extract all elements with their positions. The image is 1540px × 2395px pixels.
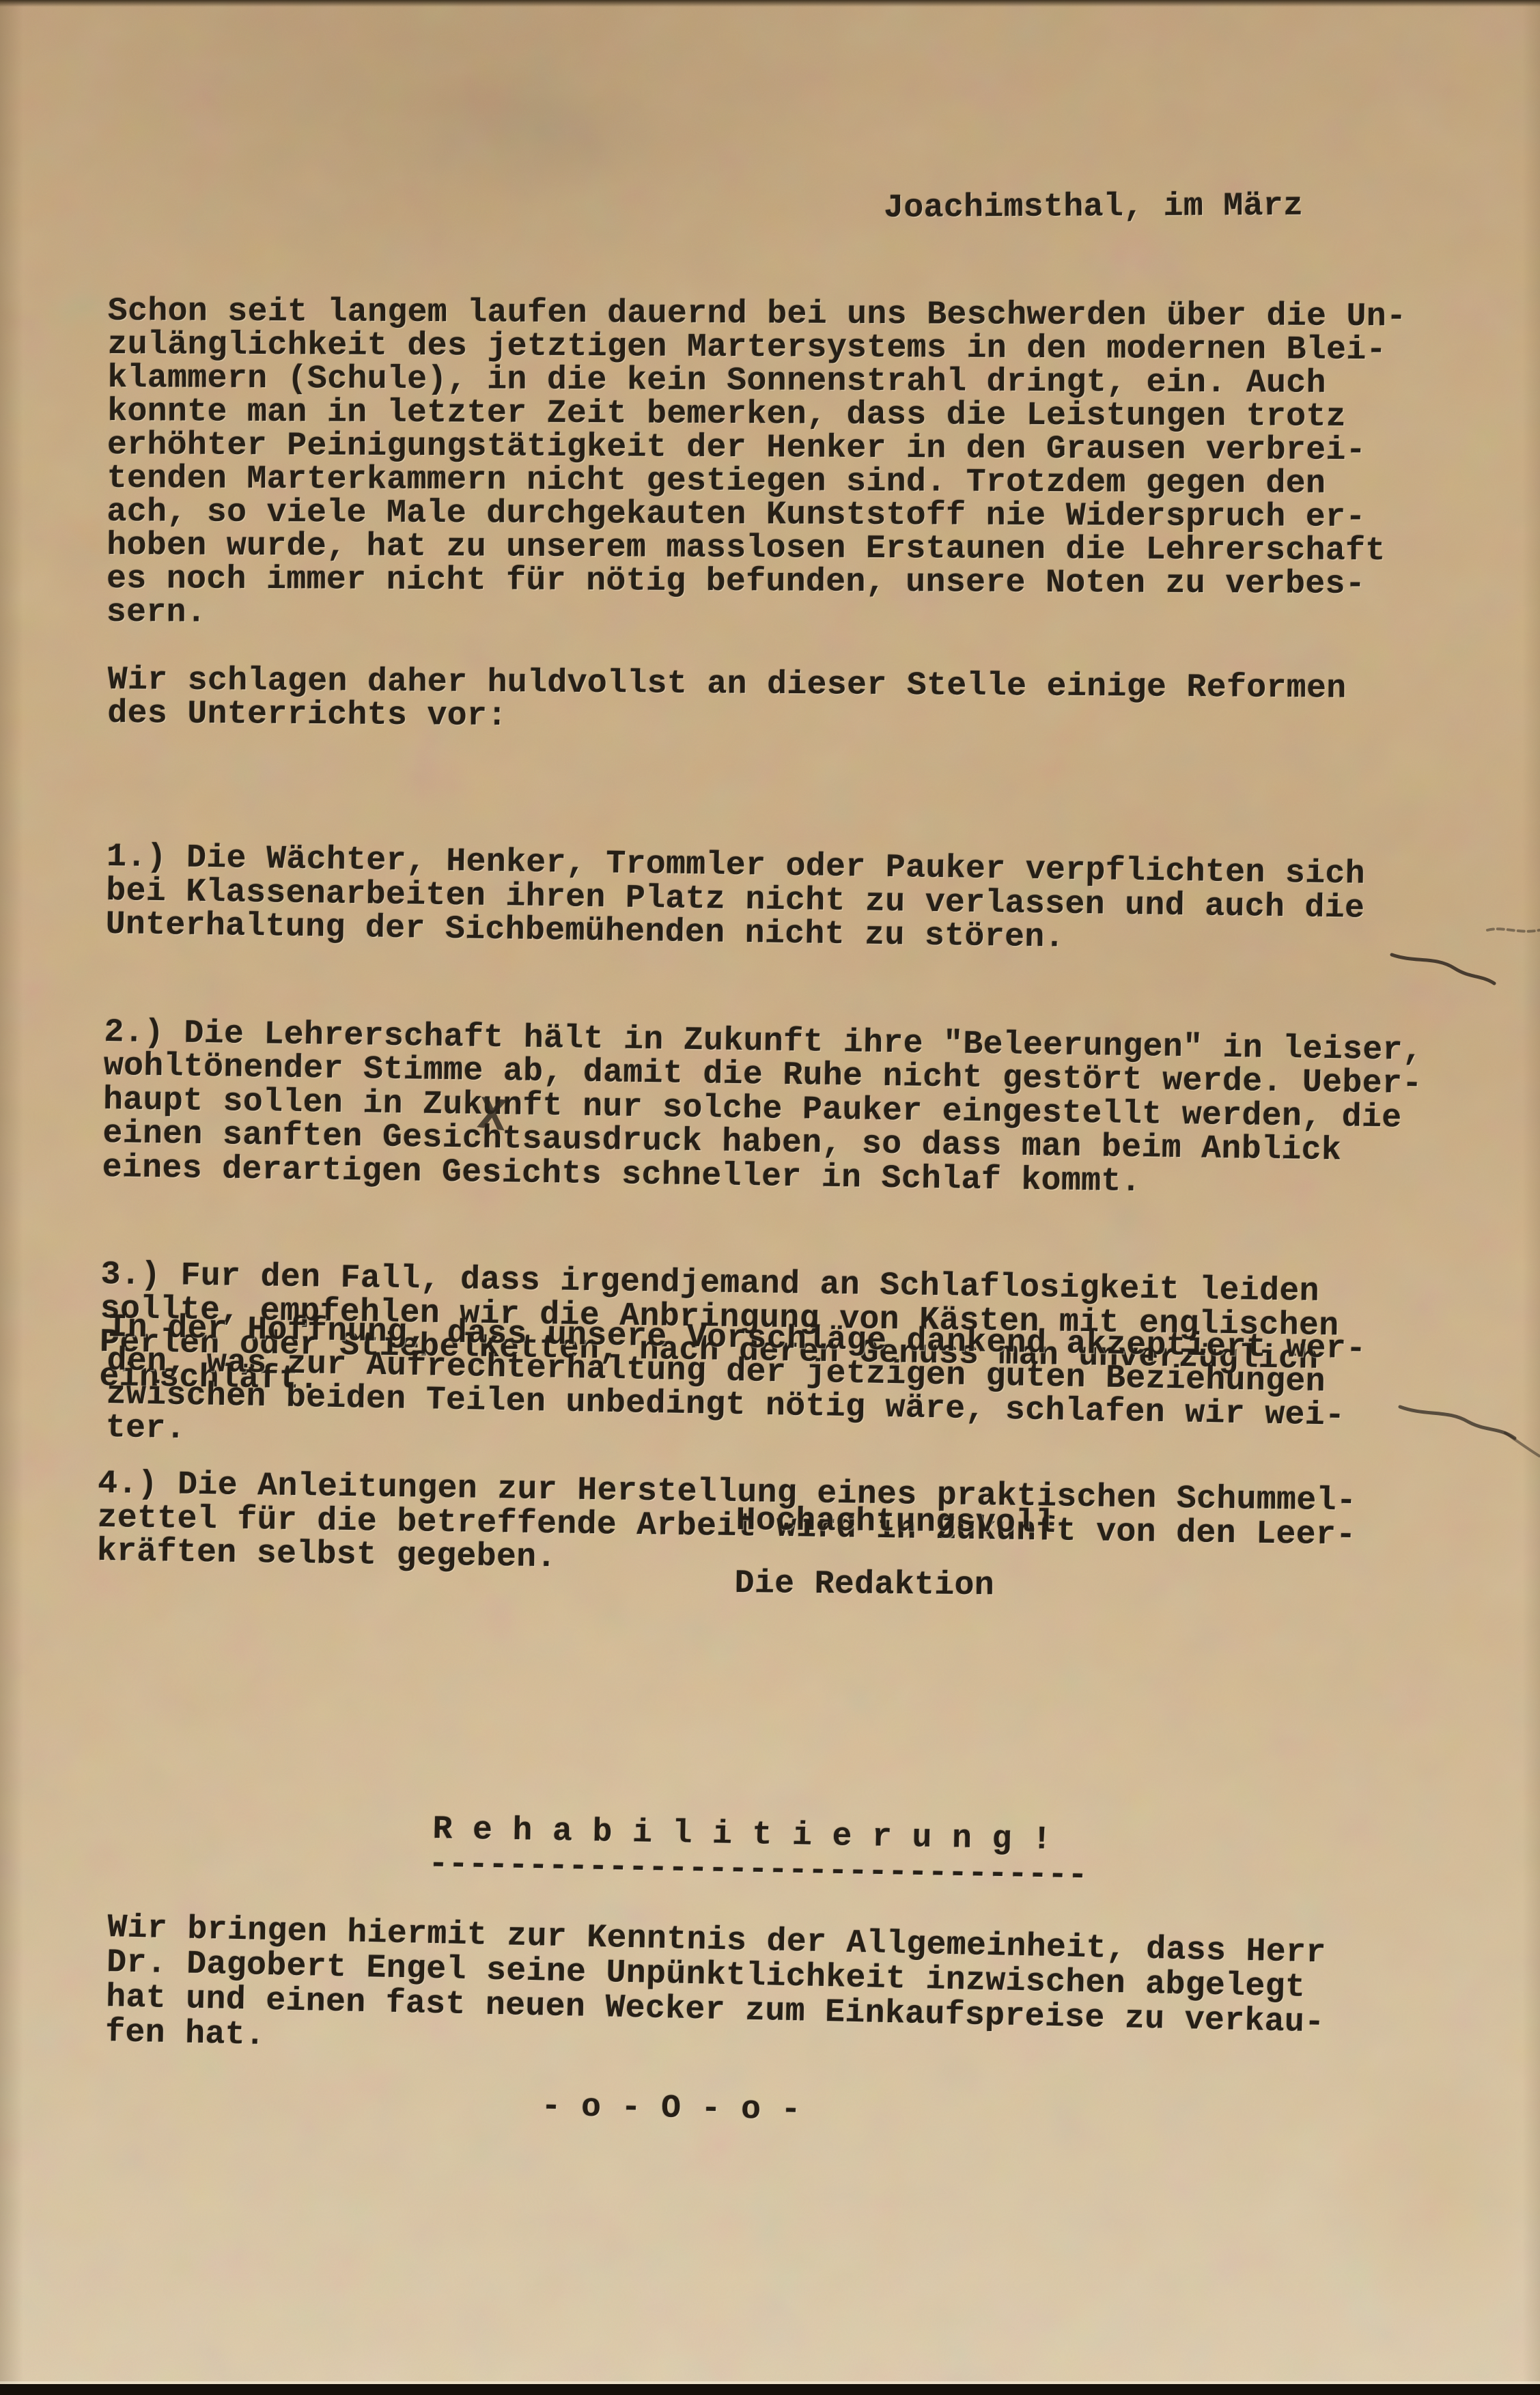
intro-paragraph: Schon seit langem laufen dauernd bei uns… xyxy=(107,295,1407,635)
scanned-letter-page: Joachimsthal, im März Schon seit langem … xyxy=(0,0,1540,2395)
proposal-lead-paragraph: Wir schlagen daher huldvollst an dieser … xyxy=(107,664,1346,740)
overstrike-x-mark: X xyxy=(475,1093,509,1142)
text-line: es noch immer nicht für nötig befunden, … xyxy=(107,563,1405,602)
scan-edge-top xyxy=(0,0,1540,7)
ink-smudge-stain xyxy=(417,55,662,205)
scan-edge-left xyxy=(0,0,23,2395)
notice-paragraph: Wir bringen hiermit zur Kenntnis der All… xyxy=(105,1911,1326,2075)
reform-item-2: 2.) Die Lehrerschaft hält in Zukunft ihr… xyxy=(102,1016,1423,1203)
dateline: Joachimsthal, im März xyxy=(884,188,1304,227)
signoff-salutation: Hochachtungsvoll xyxy=(736,1502,1056,1542)
footer-divider-mark: - o - O - o - xyxy=(541,2088,801,2129)
reform-item-1: 1.) Die Wächter, Henker, Trommler oder P… xyxy=(105,841,1425,960)
paper-stain xyxy=(1332,2042,1540,2329)
signoff-signature: Die Redaktion xyxy=(735,1565,995,1604)
scan-edge-right xyxy=(1522,0,1540,2395)
scan-edge-bottom xyxy=(0,2384,1540,2395)
closing-paragraph: In der Hoffnung, dass unsere Vorschläge … xyxy=(106,1311,1367,1467)
